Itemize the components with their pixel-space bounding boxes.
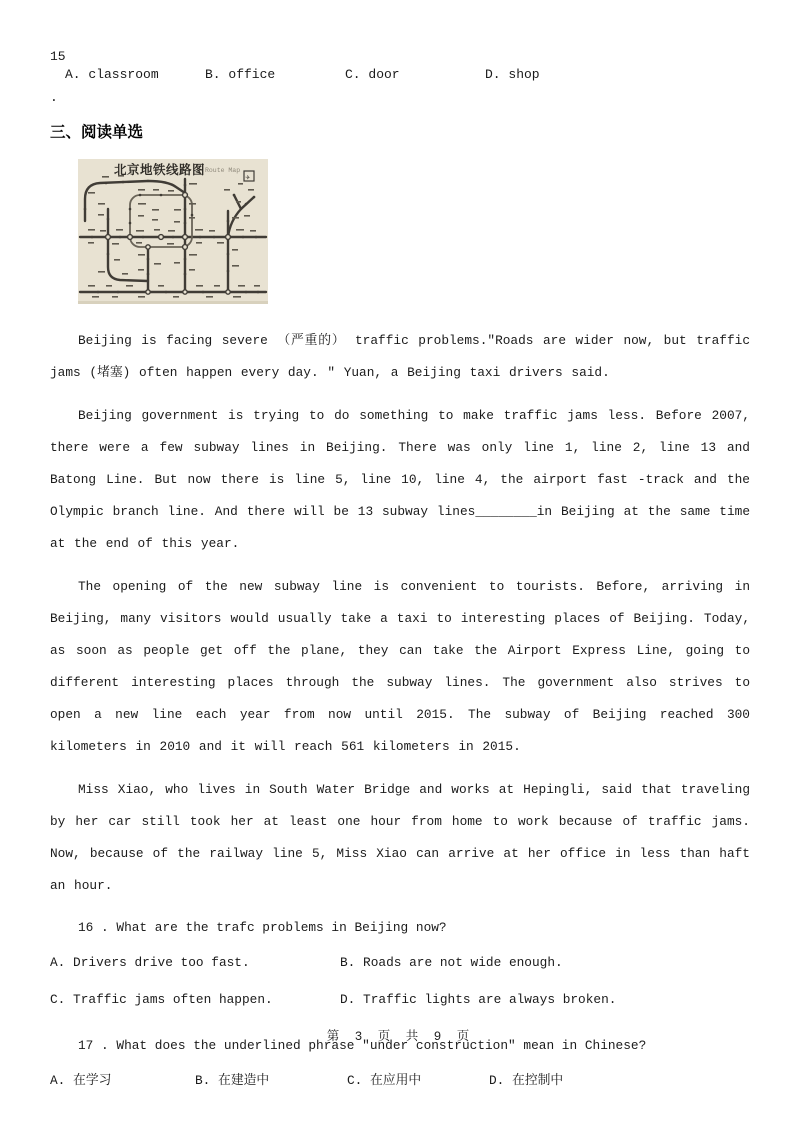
q17-option-d: D. 在控制中: [489, 1062, 563, 1099]
passage-paragraph-2: Beijing government is trying to do somet…: [50, 400, 750, 560]
reading-passage: Beijing is facing severe （严重的） traffic p…: [50, 325, 750, 902]
page-number-footer: 第 3 页 共 9 页: [0, 1026, 800, 1044]
question-16-options: A. Drivers drive too fast. B. Roads are …: [50, 944, 750, 1018]
question-15-options: A. classroom B. office C. door D. shop: [50, 66, 750, 83]
q15-option-c: C. door: [345, 66, 485, 83]
svg-text:✈: ✈: [246, 174, 251, 183]
q17-option-b: B. 在建造中: [195, 1062, 347, 1099]
page-content: 15 A. classroom B. office C. door D. sho…: [0, 0, 800, 1099]
exam-paper-page: 15 A. classroom B. office C. door D. sho…: [0, 0, 800, 1132]
section-header-reading-choice: 三、阅读单选: [50, 123, 750, 143]
q17-option-a: A. 在学习: [50, 1062, 195, 1099]
map-subtitle: Route Map: [205, 167, 240, 174]
q15-option-a: A. classroom: [65, 66, 205, 83]
question-16-stem: 16 . What are the trafc problems in Beij…: [50, 912, 750, 944]
q16-option-b: B. Roads are not wide enough.: [340, 944, 750, 981]
map-title: 北京地铁线路图: [114, 162, 205, 178]
question-17-options: A. 在学习 B. 在建造中 C. 在应用中 D. 在控制中: [50, 1062, 750, 1099]
q16-option-a: A. Drivers drive too fast.: [50, 944, 340, 981]
passage-paragraph-3: The opening of the new subway line is co…: [50, 571, 750, 763]
beijing-subway-map-image: 北京地铁线路图 Route Map: [78, 159, 268, 304]
q15-option-d: D. shop: [485, 66, 540, 83]
q16-option-c: C. Traffic jams often happen.: [50, 981, 340, 1018]
passage-paragraph-4: Miss Xiao, who lives in South Water Brid…: [50, 774, 750, 902]
stray-period: .: [50, 91, 750, 105]
question-15-number: 15: [50, 0, 750, 64]
q16-option-d: D. Traffic lights are always broken.: [340, 981, 750, 1018]
passage-paragraph-1: Beijing is facing severe （严重的） traffic p…: [50, 325, 750, 389]
q17-option-c: C. 在应用中: [347, 1062, 489, 1099]
airport-icon: ✈: [244, 171, 254, 183]
q15-option-b: B. office: [205, 66, 345, 83]
